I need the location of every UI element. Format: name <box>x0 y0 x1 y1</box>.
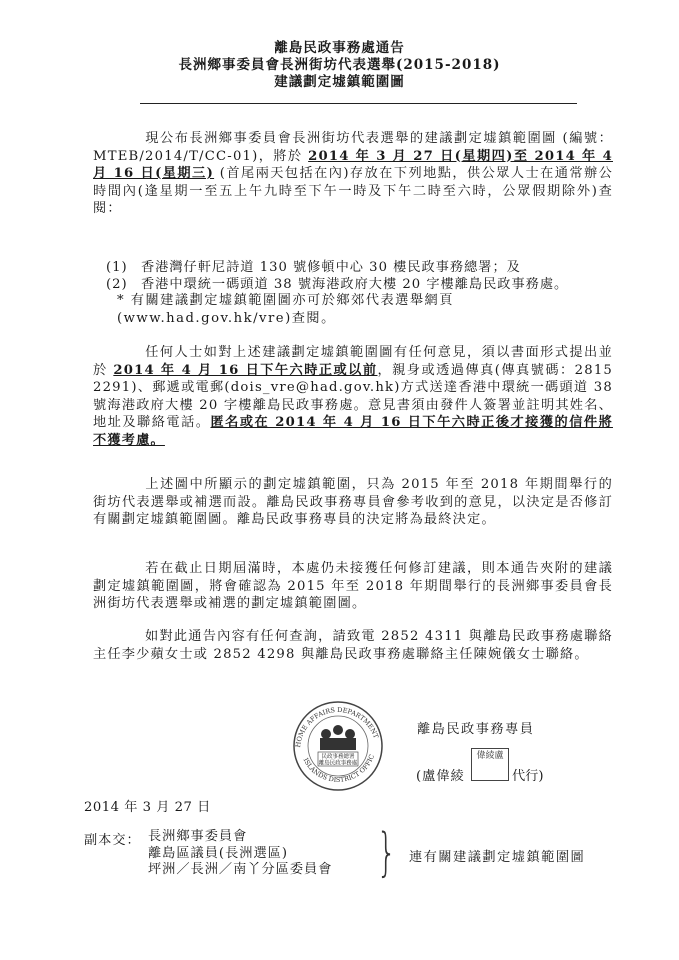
header-divider <box>140 103 577 104</box>
paragraph-enquiries: 如對此通告內容有任何查詢，請致電 2852 4311 與離島民政事務處聯絡主任李… <box>93 628 613 663</box>
cc-label: 副本交： <box>84 829 141 848</box>
website-note: * 有關建議劃定墟鎮範圍圖亦可於鄉郊代表選舉網頁(www.had.gov.hk/… <box>117 292 617 328</box>
svg-text:民政事務總署: 民政事務總署 <box>321 752 355 760</box>
header-office: 離島民政事務處通告 <box>0 40 679 57</box>
cc-recipient: 坪洲／長洲／南丫分區委員會 <box>148 862 332 879</box>
paragraph-objections: 任何人士如對上述建議劃定墟鎮範圍圖有任何意見，須以書面形式提出並於 2014 年… <box>93 344 613 449</box>
notice-date: 2014 年 3 月 27 日 <box>84 796 211 815</box>
notice-page: 離島民政事務處通告 長洲鄉事委員會長洲街坊代表選舉(2015-2018) 建議劃… <box>0 0 679 960</box>
brace-icon: } <box>377 825 397 881</box>
inspection-locations: (1)香港灣仔軒尼詩道 130 號修頓中心 30 樓民政事務總署；及 (2)香港… <box>106 259 568 293</box>
personal-seal: 偉綾盧 <box>471 748 509 781</box>
location-item: (1)香港灣仔軒尼詩道 130 號修頓中心 30 樓民政事務總署；及 <box>106 259 568 276</box>
acting-label: 代行) <box>512 765 544 784</box>
cc-enclosure-note: 連有關建議劃定墟鎮範圍圖 <box>409 846 585 865</box>
svg-text:離島民政事務處: 離島民政事務處 <box>319 759 358 767</box>
department-stamp-icon: 民政事務總署 離島民政事務處 HOME AFFAIRS DEPARTMENT I… <box>288 698 388 794</box>
signatory-title: 離島民政事務專員 <box>417 718 535 737</box>
notice-header: 離島民政事務處通告 長洲鄉事委員會長洲街坊代表選舉(2015-2018) 建議劃… <box>0 40 679 91</box>
location-item: (2)香港中環統一碼頭道 38 號海港政府大樓 20 字樓離島民政事務處。 <box>106 276 568 293</box>
paragraph-purpose: 上述圖中所顯示的劃定墟鎮範圍，只為 2015 年至 2018 年期間舉行的街坊代… <box>93 476 613 529</box>
header-subject: 建議劃定墟鎮範圍圖 <box>0 74 679 91</box>
cc-recipient: 長洲鄉事委員會 <box>148 829 332 846</box>
deadline: 2014 年 4 月 16 日下午六時正或以前 <box>113 363 377 378</box>
signatory-name: (盧偉綾 <box>416 765 465 784</box>
cc-recipients: 長洲鄉事委員會 離島區議員(長洲選區) 坪洲／長洲／南丫分區委員會 <box>148 829 332 879</box>
header-election: 長洲鄉事委員會長洲街坊代表選舉(2015-2018) <box>0 57 679 74</box>
paragraph-announcement: 現公布長洲鄉事委員會長洲街坊代表選舉的建議劃定墟鎮範圍圖 (編號：MTEB/20… <box>93 130 613 218</box>
paragraph-confirmation: 若在截止日期屆滿時，本處仍未接獲任何修訂建議，則本通告夾附的建議劃定墟鎮範圍圖，… <box>93 560 613 613</box>
cc-recipient: 離島區議員(長洲選區) <box>148 846 332 863</box>
